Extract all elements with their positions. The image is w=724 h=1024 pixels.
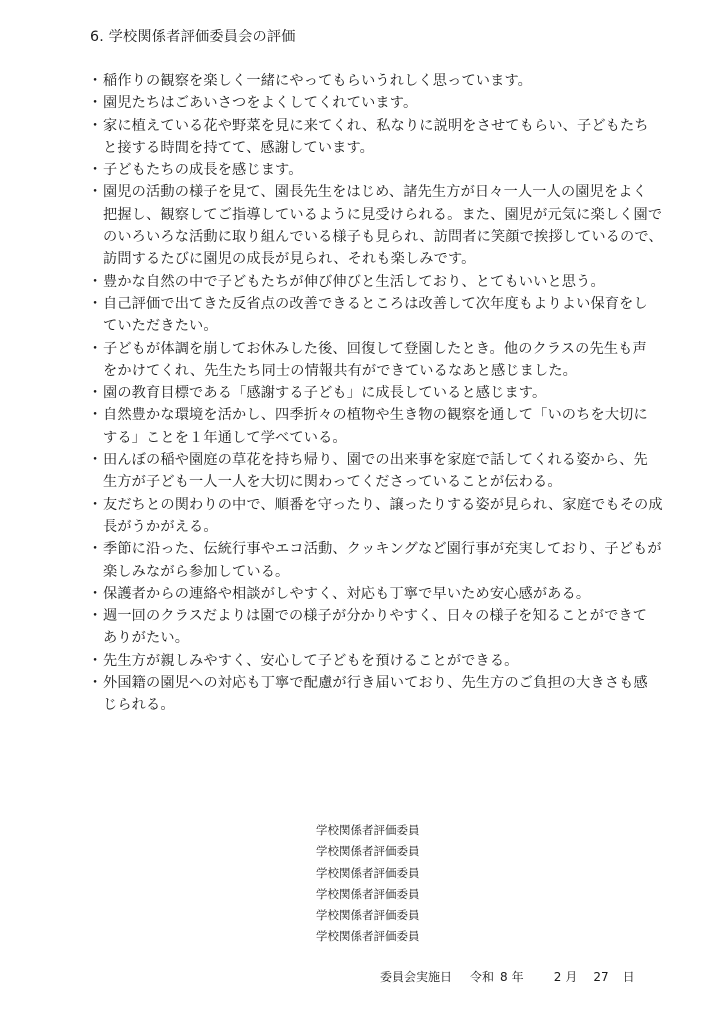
comment-text-line: をかけてくれ、先生たち同士の情報共有ができているなあと感じました。 (103, 360, 663, 382)
comment-text-line: 子どもたちの成長を感じます。 (103, 159, 663, 181)
bullet-icon: ・ (88, 338, 102, 360)
comment-item: ・園児たちはごあいさつをよくしてくれています。 (88, 92, 663, 114)
comment-item: ・子どもたちの成長を感じます。 (88, 159, 663, 181)
bullet-icon: ・ (88, 115, 102, 137)
signer-3: 学校関係者評価委員 (316, 863, 420, 884)
bullet-icon: ・ (88, 92, 102, 114)
comment-item: ・園児の活動の様子を見て、園長先生をはじめ、諸先生方が日々一人一人の園児をよく把… (88, 181, 663, 270)
comment-text-line: する」ことを１年通して学べている。 (103, 427, 663, 449)
bullet-icon: ・ (88, 494, 102, 516)
comment-item: ・家に植えている花や野菜を見に来てくれ、私なりに説明をさせてもらい、子どもたちと… (88, 115, 663, 160)
comment-item: ・子どもが体調を崩してお休みした後、回復して登園したとき。他のクラスの先生も声を… (88, 338, 663, 383)
comment-text-line: 楽しみながら参加している。 (103, 561, 663, 583)
month-value: 2 (554, 970, 562, 984)
comment-text-line: 園の教育目標である「感謝する子ども」に成長していると感じます。 (103, 382, 663, 404)
comment-text-line: 訪問するたびに園児の成長が見られ、それも楽しみです。 (103, 248, 663, 270)
comment-text-line: ありがたい。 (103, 627, 663, 649)
comment-item: ・自然豊かな環境を活かし、四季折々の植物や生き物の観察を通して「いのちを大切にす… (88, 404, 663, 449)
comment-text-line: 友だちとの関わりの中で、順番を守ったり、譲ったりする姿が見られ、家庭でもその成 (103, 494, 663, 516)
meeting-date-label: 委員会実施日 (380, 968, 452, 985)
comment-text-line: のいろいろな活動に取り組んでいる様子も見られ、訪問者に笑顔で挨拶しているので、 (103, 226, 663, 248)
comment-text-line: 長がうかがえる。 (103, 516, 663, 538)
comment-text-line: 季節に沿った、伝統行事やエコ活動、クッキングなど園行事が充実しており、子どもが (103, 538, 663, 560)
signer-1: 学校関係者評価委員 (316, 820, 420, 841)
comment-text-line: 自己評価で出てきた反省点の改善できるところは改善して次年度もよりよい保育をし (103, 293, 663, 315)
comment-text-line: ていただきたい。 (103, 315, 663, 337)
comment-text-line: 先生方が親しみやすく、安心して子どもを預けることができる。 (103, 650, 663, 672)
signer-6: 学校関係者評価委員 (316, 926, 420, 947)
comment-text-line: 自然豊かな環境を活かし、四季折々の植物や生き物の観察を通して「いのちを大切に (103, 404, 663, 426)
comment-item: ・先生方が親しみやすく、安心して子どもを預けることができる。 (88, 650, 663, 672)
comment-item: ・外国籍の園児への対応も丁寧で配慮が行き届いており、先生方のご負担の大きさも感じ… (88, 672, 663, 717)
comment-text-line: 保護者からの連絡や相談がしやすく、対応も丁寧で早いため安心感がある。 (103, 583, 663, 605)
comment-item: ・週一回のクラスだよりは園での様子が分かりやすく、日々の様子を知ることができてあ… (88, 605, 663, 650)
bullet-icon: ・ (88, 181, 102, 203)
section-title: 6. 学校関係者評価委員会の評価 (90, 26, 296, 46)
comment-text-line: 外国籍の園児への対応も丁寧で配慮が行き届いており、先生方のご負担の大きさも感 (103, 672, 663, 694)
comment-item: ・豊かな自然の中で子どもたちが伸び伸びと生活しており、とてもいいと思う。 (88, 271, 663, 293)
comment-text-line: 園児たちはごあいさつをよくしてくれています。 (103, 92, 663, 114)
comment-text-line: 家に植えている花や野菜を見に来てくれ、私なりに説明をさせてもらい、子どもたち (103, 115, 663, 137)
year-unit: 年 (512, 968, 524, 985)
comment-text-line: 子どもが体調を崩してお休みした後、回復して登園したとき。他のクラスの先生も声 (103, 338, 663, 360)
bullet-icon: ・ (88, 672, 102, 694)
bullet-icon: ・ (88, 538, 102, 560)
bullet-icon: ・ (88, 293, 102, 315)
signer-2: 学校関係者評価委員 (316, 841, 420, 862)
day-value: 27 (593, 970, 608, 984)
comment-text-line: 把握し、観察してご指導しているように見受けられる。また、園児が元気に楽しく園で (103, 204, 663, 226)
comment-item: ・季節に沿った、伝統行事やエコ活動、クッキングなど園行事が充実しており、子どもが… (88, 538, 663, 583)
bullet-icon: ・ (88, 382, 102, 404)
era-name: 令和 (470, 968, 494, 985)
comment-text-line: 豊かな自然の中で子どもたちが伸び伸びと生活しており、とてもいいと思う。 (103, 271, 663, 293)
comment-item: ・稲作りの観察を楽しく一緒にやってもらいうれしく思っています。 (88, 70, 663, 92)
signer-5: 学校関係者評価委員 (316, 905, 420, 926)
day-unit: 日 (623, 968, 635, 985)
comment-text-line: 園児の活動の様子を見て、園長先生をはじめ、諸先生方が日々一人一人の園児をよく (103, 181, 663, 203)
comment-item: ・園の教育目標である「感謝する子ども」に成長していると感じます。 (88, 382, 663, 404)
meeting-date: 委員会実施日令和8年2月27日 (380, 968, 635, 985)
comment-text-line: 田んぼの稲や園庭の草花を持ち帰り、園での出来事を家庭で話してくれる姿から、先 (103, 449, 663, 471)
month-unit: 月 (565, 968, 577, 985)
comment-item: ・田んぼの稲や園庭の草花を持ち帰り、園での出来事を家庭で話してくれる姿から、先生… (88, 449, 663, 494)
comment-item: ・友だちとの関わりの中で、順番を守ったり、譲ったりする姿が見られ、家庭でもその成… (88, 494, 663, 539)
bullet-icon: ・ (88, 70, 102, 92)
comment-text-line: と接する時間を持てて、感謝しています。 (103, 137, 663, 159)
signer-4: 学校関係者評価委員 (316, 884, 420, 905)
bullet-icon: ・ (88, 159, 102, 181)
bullet-icon: ・ (88, 449, 102, 471)
evaluation-comment-list: ・稲作りの観察を楽しく一緒にやってもらいうれしく思っています。・園児たちはごあい… (88, 70, 663, 717)
bullet-icon: ・ (88, 271, 102, 293)
bullet-icon: ・ (88, 583, 102, 605)
comment-text-line: 生方が子ども一人一人を大切に関わってくださっていることが伝わる。 (103, 471, 663, 493)
bullet-icon: ・ (88, 650, 102, 672)
comment-item: ・自己評価で出てきた反省点の改善できるところは改善して次年度もよりよい保育をして… (88, 293, 663, 338)
year-value: 8 (500, 970, 508, 984)
bullet-icon: ・ (88, 404, 102, 426)
signer-list: 学校関係者評価委員 学校関係者評価委員 学校関係者評価委員 学校関係者評価委員 … (316, 820, 420, 948)
comment-text-line: じられる。 (103, 694, 663, 716)
comment-item: ・保護者からの連絡や相談がしやすく、対応も丁寧で早いため安心感がある。 (88, 583, 663, 605)
bullet-icon: ・ (88, 605, 102, 627)
comment-text-line: 稲作りの観察を楽しく一緒にやってもらいうれしく思っています。 (103, 70, 663, 92)
comment-text-line: 週一回のクラスだよりは園での様子が分かりやすく、日々の様子を知ることができて (103, 605, 663, 627)
